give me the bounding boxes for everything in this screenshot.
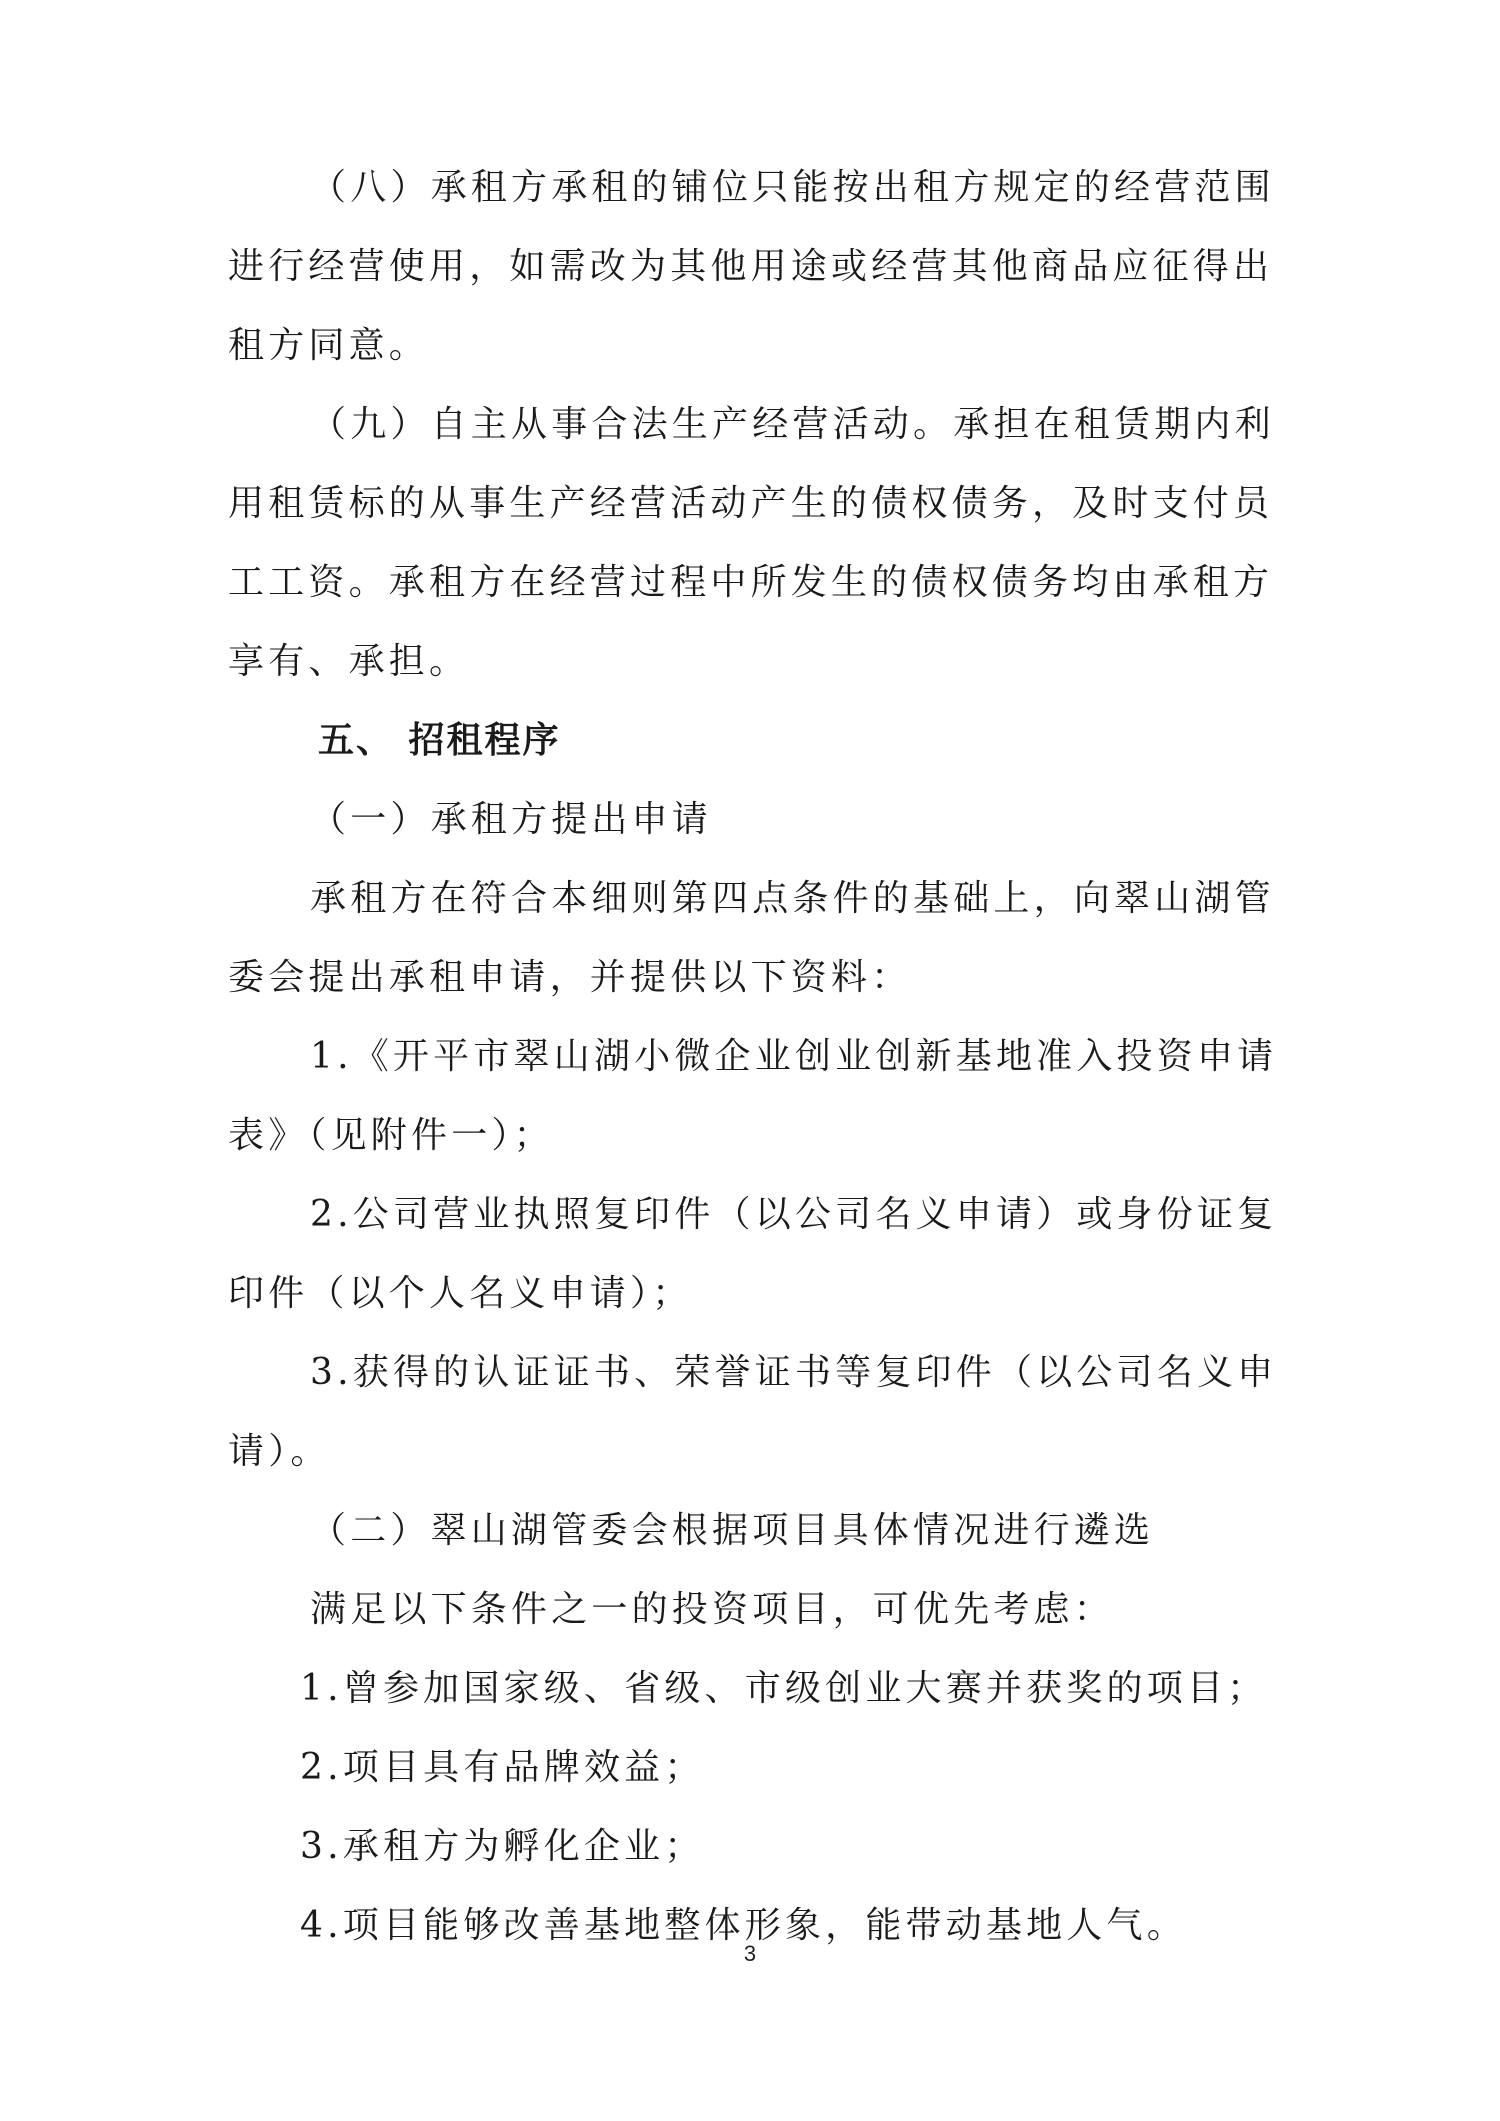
paragraph-clause-8: （八）承租方承租的铺位只能按出租方规定的经营范围 [228,148,1276,227]
paragraph-clause-9: （九）自主从事合法生产经营活动。承担在租赁期内利 [228,385,1276,464]
section-heading-leasing-procedure: 五、 招租程序 [228,701,1276,780]
list-item-priority-2: 2.项目具有品牌效益； [228,1728,1276,1807]
subheading-application: （一）承租方提出申请 [228,780,1276,859]
list-item-material-1-cont: 表》（见附件一）； [228,1096,1276,1175]
list-item-priority-1: 1.曾参加国家级、省级、市级创业大赛并获奖的项目； [228,1649,1276,1728]
paragraph-clause-9-end: 享有、承担。 [228,622,1276,701]
paragraph-application-cont: 委会提出承租申请，并提供以下资料： [228,938,1276,1017]
page-number: 3 [0,1941,1500,1967]
document-page: （八）承租方承租的铺位只能按出租方规定的经营范围 进行经营使用，如需改为其他用途… [0,0,1500,2121]
list-item-material-3-cont: 请）。 [228,1412,1276,1491]
paragraph-clause-9-cont2: 工工资。承租方在经营过程中所发生的债权债务均由承租方 [228,543,1276,622]
document-body: （八）承租方承租的铺位只能按出租方规定的经营范围 进行经营使用，如需改为其他用途… [228,148,1276,1965]
paragraph-clause-8-cont: 进行经营使用，如需改为其他用途或经营其他商品应征得出 [228,227,1276,306]
list-item-material-2: 2.公司营业执照复印件（以公司名义申请）或身份证复 [228,1175,1276,1254]
paragraph-clause-9-cont: 用租赁标的从事生产经营活动产生的债权债务，及时支付员 [228,464,1276,543]
list-item-material-1: 1.《开平市翠山湖小微企业创业创新基地准入投资申请 [228,1017,1276,1096]
paragraph-clause-8-end: 租方同意。 [228,306,1276,385]
list-item-material-2-cont: 印件（以个人名义申请）； [228,1254,1276,1333]
list-item-priority-3: 3.承租方为孵化企业； [228,1807,1276,1886]
paragraph-application: 承租方在符合本细则第四点条件的基础上，向翠山湖管 [228,859,1276,938]
paragraph-selection: 满足以下条件之一的投资项目，可优先考虑： [228,1570,1276,1649]
subheading-selection: （二）翠山湖管委会根据项目具体情况进行遴选 [228,1491,1276,1570]
list-item-material-3: 3.获得的认证证书、荣誉证书等复印件（以公司名义申 [228,1333,1276,1412]
